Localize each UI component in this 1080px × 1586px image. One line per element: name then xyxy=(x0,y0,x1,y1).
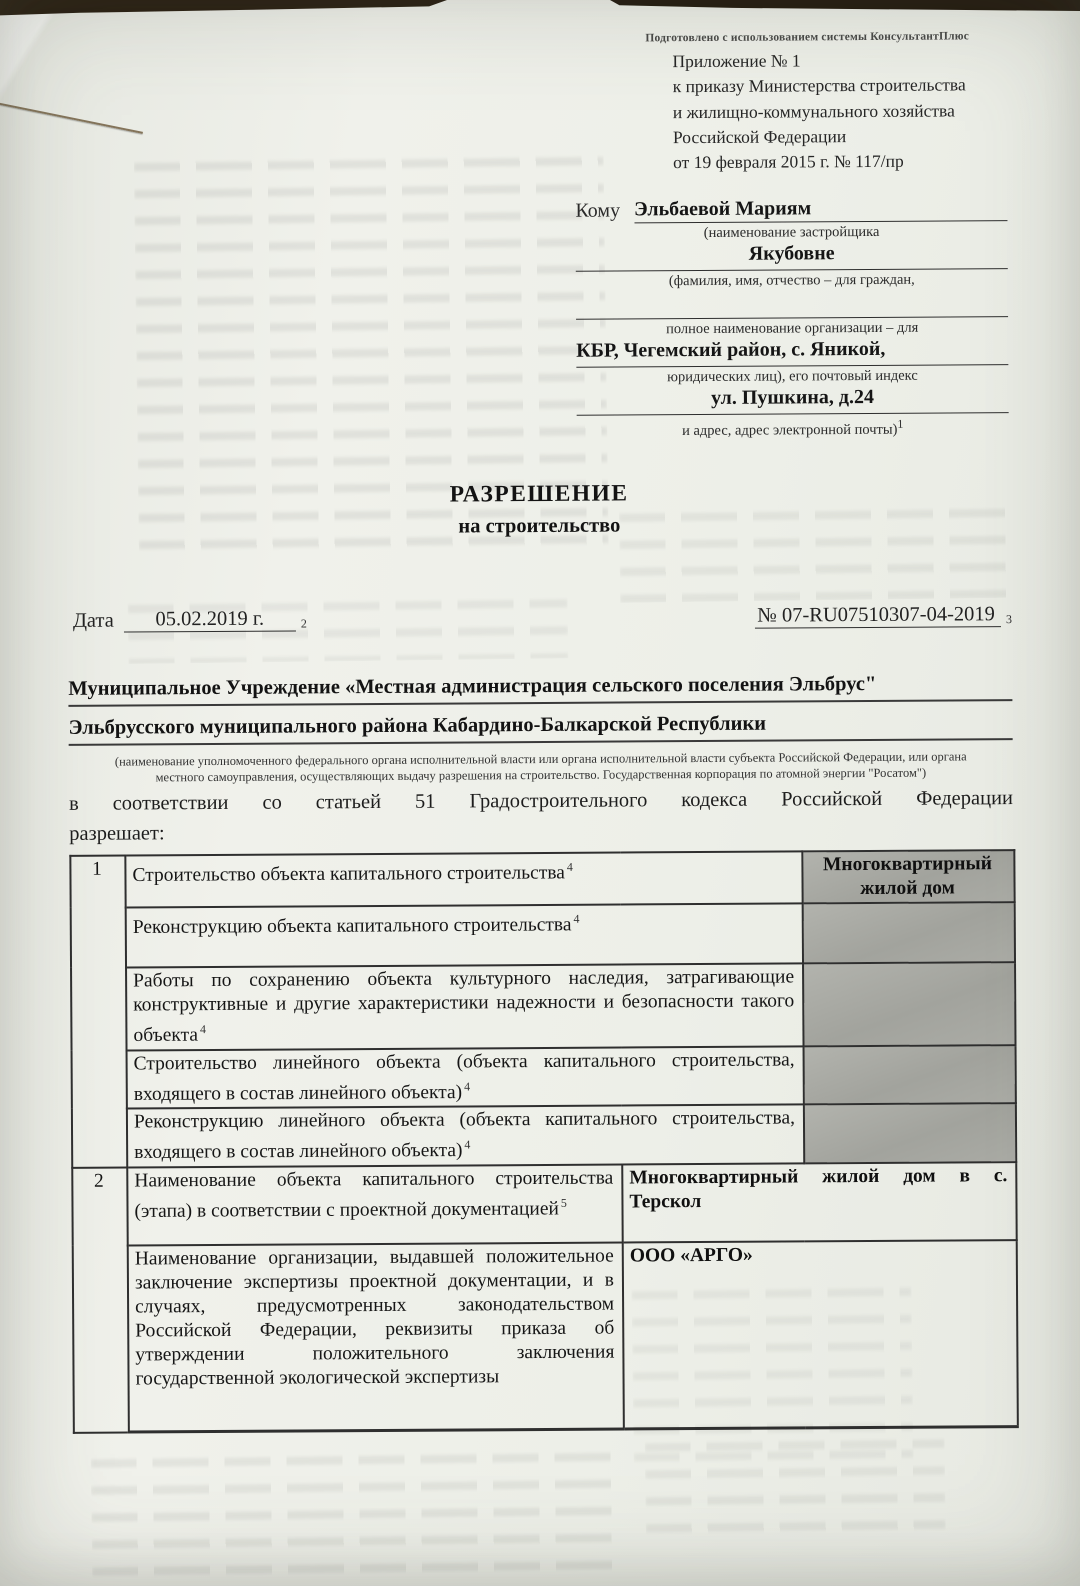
footnote-1-marker: 1 xyxy=(897,417,903,431)
footnote-2-marker: 2 xyxy=(301,616,307,631)
footnote-4-marker: 4 xyxy=(573,912,579,926)
hint-email: и адрес, адрес электронной почты)1 xyxy=(577,413,1009,441)
addressee-block: Кому Эльбаевой Мариям (наименование заст… xyxy=(575,196,1008,441)
bleedthrough-text-region xyxy=(91,1446,623,1583)
footnote-4-marker: 4 xyxy=(567,860,573,874)
table-row: Строительство линейного объекта (объекта… xyxy=(72,1045,1016,1109)
addressee-address-1: КБР, Чегемский район, с. Яникой, xyxy=(576,337,1008,368)
row-label: Реконструкцию объекта капитального строи… xyxy=(126,903,803,967)
row-label-text: Реконструкцию объекта капитального строи… xyxy=(133,914,572,938)
bleedthrough-text-region xyxy=(645,1432,946,1540)
number-sign: № xyxy=(757,605,777,627)
row-label: Строительство объекта капитального строи… xyxy=(125,851,802,907)
row-label-text: Строительство линейного объекта (объекта… xyxy=(134,1049,795,1105)
date-number-row: Дата 05.02.2019 г. 2 № 07-RU07510307-04-… xyxy=(73,603,1012,633)
row-value: ООО «АРГО» xyxy=(623,1240,1018,1429)
table-row: Работы по сохранению объекта культурного… xyxy=(71,962,1015,1050)
row-label-text: Наименование объекта капитального строит… xyxy=(134,1167,613,1221)
appendix-line: к приказу Министерства строительства xyxy=(673,73,966,100)
blank-line xyxy=(576,289,1008,320)
object-name-line-1: Многоквартирный жилой дом в с. xyxy=(629,1164,1007,1190)
appendix-line: и жилищно-коммунального хозяйства xyxy=(673,98,966,125)
row-number-2: 2 xyxy=(72,1167,129,1432)
document-title: РАЗРЕШЕНИЕ на строительство xyxy=(67,478,1011,541)
table-row: 1 Строительство объекта капитального стр… xyxy=(70,850,1014,908)
appendix-line: от 19 февраля 2015 г. № 117/пр xyxy=(673,149,966,176)
row-label: Работы по сохранению объекта культурного… xyxy=(126,963,803,1050)
row-label: Наименование объекта капитального строит… xyxy=(127,1164,622,1245)
hint-email-text: и адрес, адрес электронной почты) xyxy=(682,422,897,439)
hint-postal: юридических лиц), его почтовый индекс xyxy=(576,365,1008,388)
row-label: Реконструкцию линейного объекта (объекта… xyxy=(127,1104,804,1167)
object-name-line-2: Терскол xyxy=(629,1188,1007,1214)
table-row: 2 Наименование объекта капитального стро… xyxy=(72,1162,1016,1246)
row-value-shaded xyxy=(803,962,1016,1046)
row-value-shaded xyxy=(804,1103,1016,1163)
table-row: Реконструкцию линейного объекта (объекта… xyxy=(72,1103,1016,1167)
footnote-4-marker: 4 xyxy=(464,1137,470,1151)
row-label-text: Работы по сохранению объекта культурного… xyxy=(133,966,794,1046)
footnote-4-marker: 4 xyxy=(464,1079,470,1093)
row-value-shaded xyxy=(804,1045,1016,1105)
hint-builder: (наименование застройщика xyxy=(575,221,1007,244)
row-number-1: 1 xyxy=(70,856,127,1168)
table-row: Реконструкцию объекта капитального строи… xyxy=(71,902,1015,968)
authority-name-line-2: Эльбрусского муниципального района Кабар… xyxy=(68,710,1012,746)
permit-number: № 07-RU07510307-04-2019 xyxy=(755,603,1001,629)
number-value: 07-RU07510307-04-2019 xyxy=(782,603,995,626)
consultantplus-watermark: Подготовлено с использованием системы Ко… xyxy=(645,30,969,44)
title-sub: на строительство xyxy=(67,512,1011,541)
permit-table: 1 Строительство объекта капитального стр… xyxy=(69,849,1019,1434)
addressee-address-2: ул. Пушкина, д.24 xyxy=(576,385,1008,416)
row-label: Наименование организации, выдавшей полож… xyxy=(128,1242,624,1432)
addressee-name-row: Кому Эльбаевой Мариям xyxy=(575,196,1007,224)
number-group: № 07-RU07510307-04-2019 3 xyxy=(755,603,1012,629)
intro-paragraph: в соответствии со статьей 51 Градостроит… xyxy=(69,787,1013,846)
intro-line-2: разрешает: xyxy=(69,817,1013,846)
row-value-shaded: Многоквартирный жилой дом xyxy=(802,850,1014,903)
appendix-line: Приложение № 1 xyxy=(672,47,965,74)
addressee-patronymic: Якубовне xyxy=(576,241,1008,272)
table-row: Наименование организации, выдавшей полож… xyxy=(73,1240,1018,1433)
row-value-shaded xyxy=(803,902,1015,963)
hint-org: полное наименование организации – для xyxy=(576,317,1008,340)
to-label: Кому xyxy=(575,199,634,223)
date-label: Дата xyxy=(73,610,124,633)
row-label-text: Строительство объекта капитального строи… xyxy=(132,862,565,886)
date-group: Дата 05.02.2019 г. 2 xyxy=(73,607,307,632)
addressee-name: Эльбаевой Мариям xyxy=(634,196,1008,223)
issuing-authority-block: Муниципальное Учреждение «Местная админи… xyxy=(68,671,1013,786)
intro-line-1: в соответствии со статьей 51 Градостроит… xyxy=(69,787,1013,816)
row-value: Многоквартирный жилой дом в с. Терскол xyxy=(622,1162,1016,1242)
appendix-block: Приложение № 1 к приказу Министерства ст… xyxy=(672,47,966,175)
authority-name-line-1: Муниципальное Учреждение «Местная админи… xyxy=(68,671,1012,707)
row-label: Строительство линейного объекта (объекта… xyxy=(127,1046,804,1109)
document-page: Подготовлено с использованием системы Ко… xyxy=(0,0,1080,1586)
appendix-line: Российской Федерации xyxy=(673,123,966,150)
date-value: 05.02.2019 г. xyxy=(124,607,296,632)
hint-person: (фамилия, имя, отчество – для граждан, xyxy=(576,269,1008,292)
footnote-5-marker: 5 xyxy=(561,1195,567,1209)
footnote-3-marker: 3 xyxy=(1006,612,1012,627)
footnote-4-marker: 4 xyxy=(200,1022,206,1036)
title-main: РАЗРЕШЕНИЕ xyxy=(67,478,1011,511)
row-label-text: Реконструкцию линейного объекта (объекта… xyxy=(134,1107,795,1163)
